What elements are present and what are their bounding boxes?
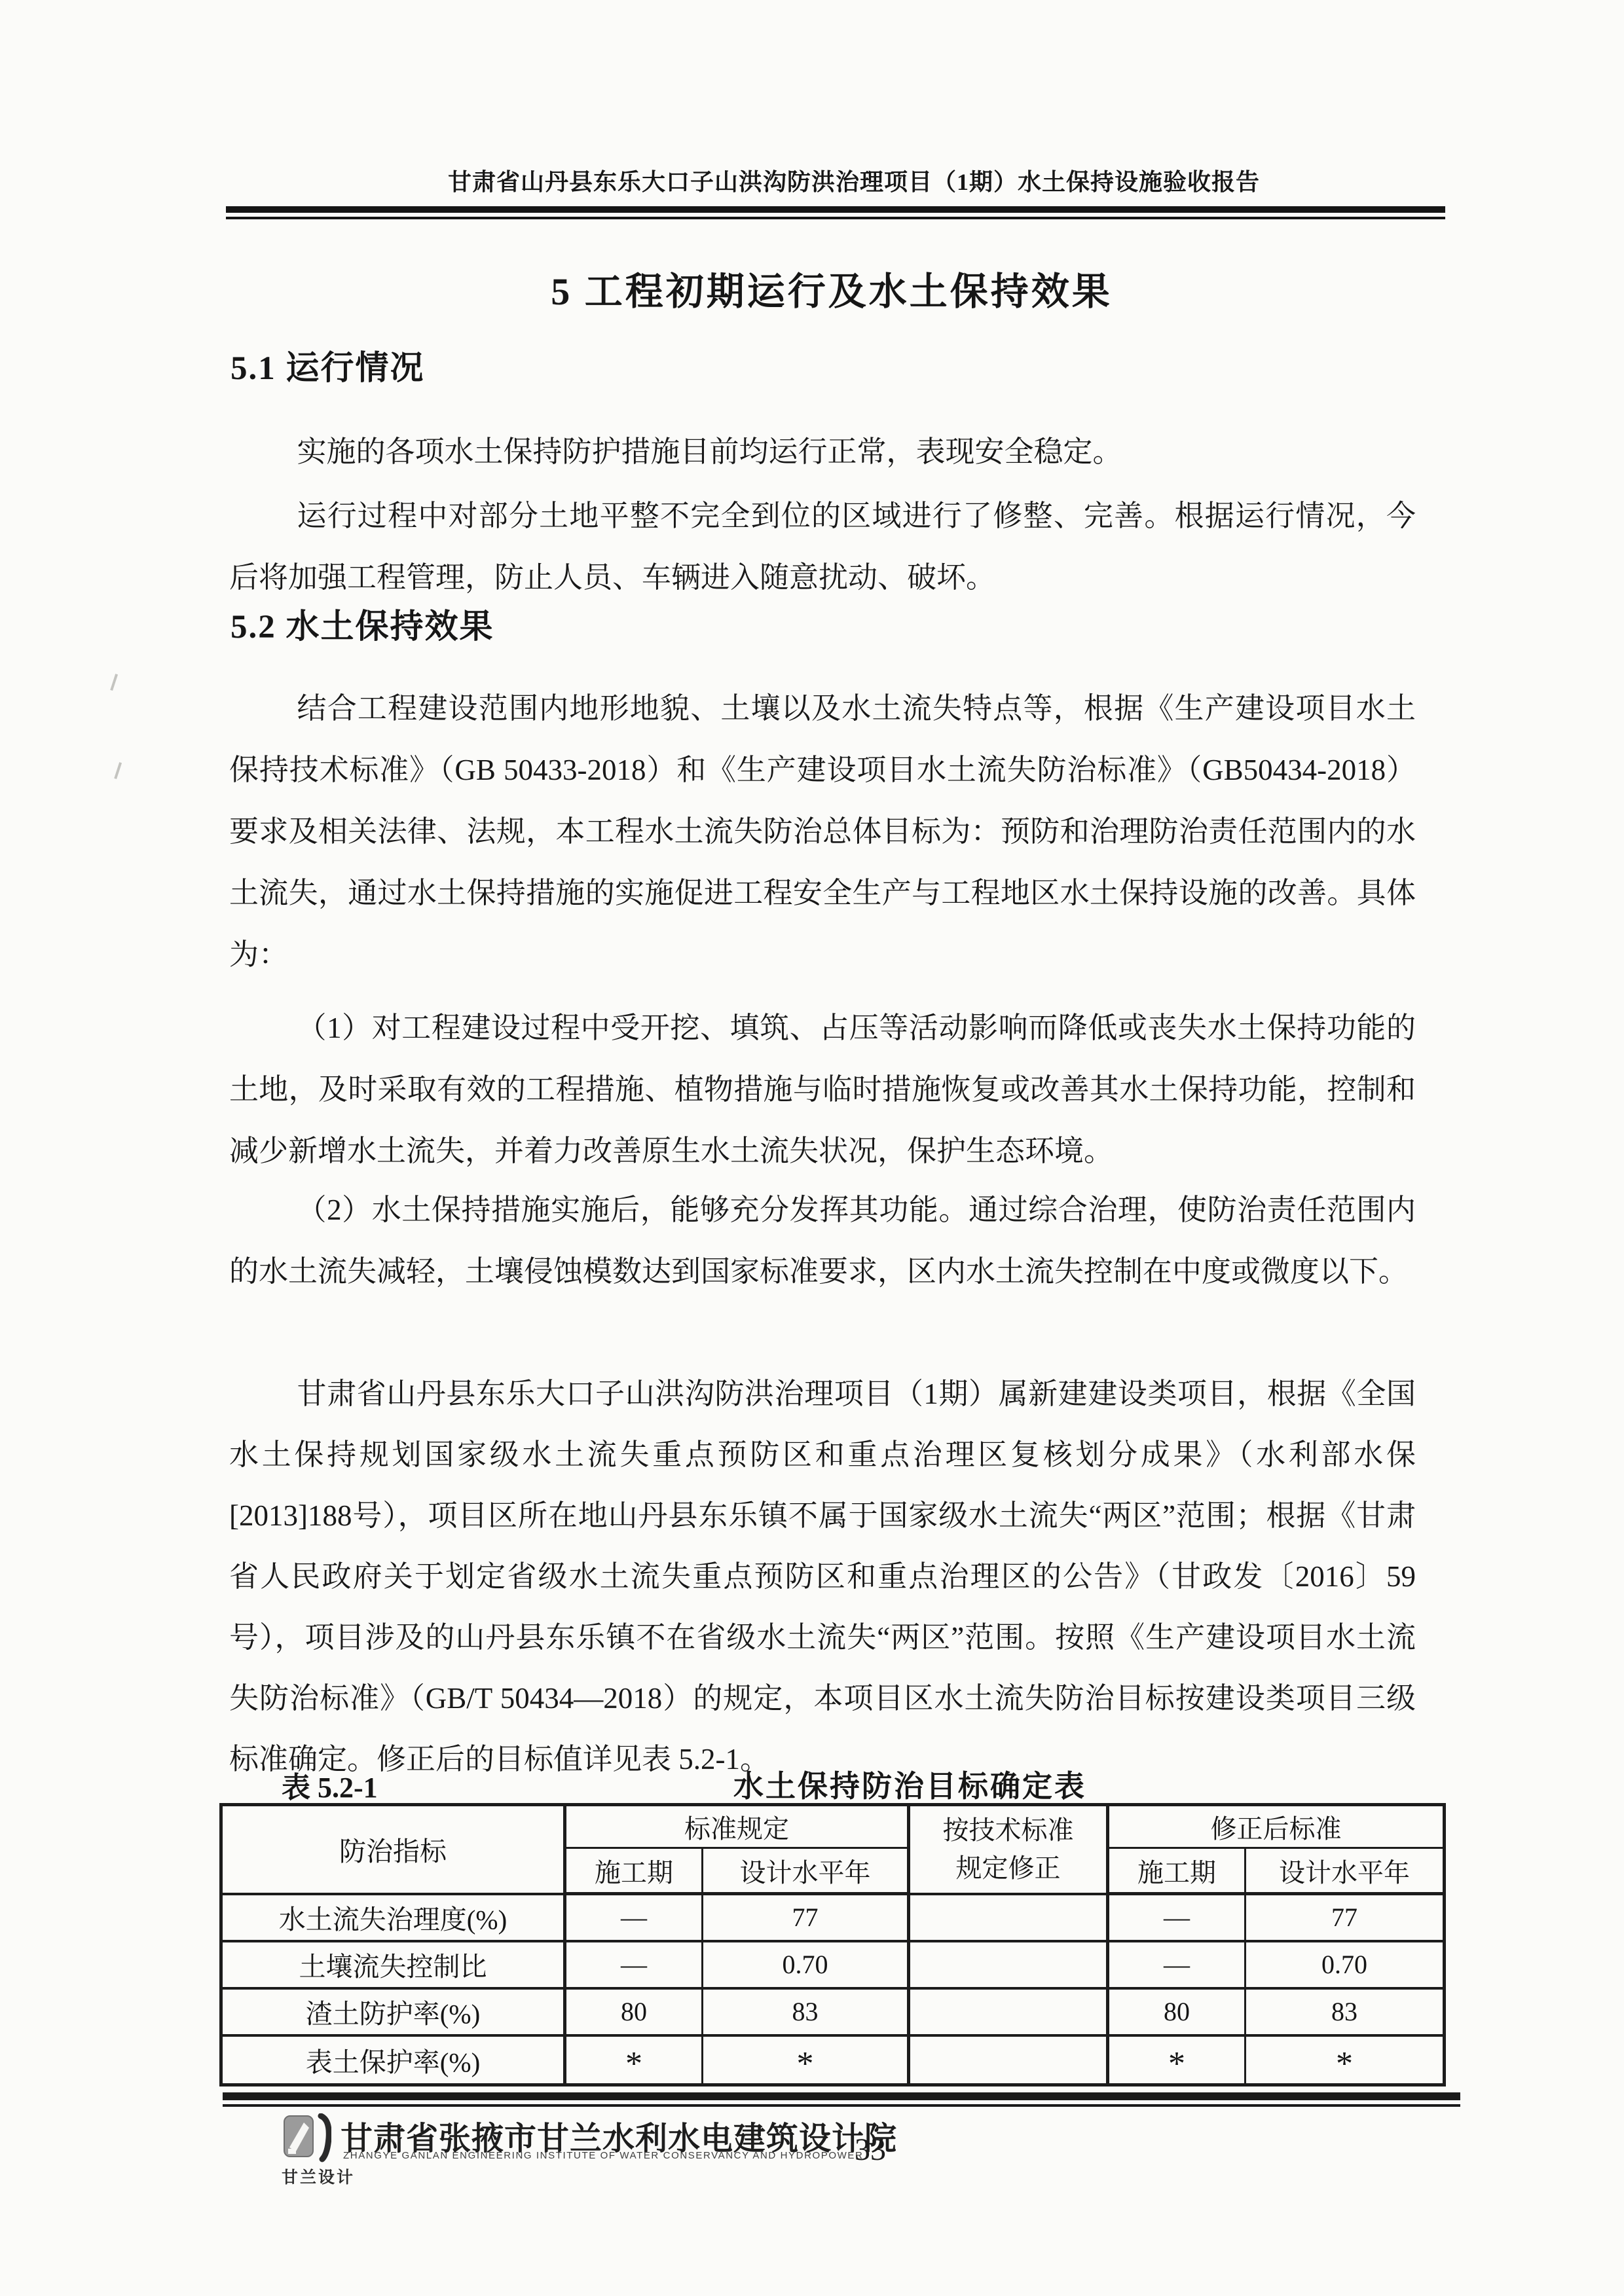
table-cell xyxy=(909,1894,1108,1941)
table-row: 渣土防护率(%) 80 83 80 83 xyxy=(221,1988,1445,2035)
table-header-tech-adjust-line2: 规定修正 xyxy=(910,1850,1106,1887)
table-cell: 83 xyxy=(1246,1988,1445,2035)
scan-artifact xyxy=(110,674,122,692)
table-header-standard-group: 标准规定 xyxy=(565,1805,909,1848)
header-rule-thick xyxy=(226,206,1445,213)
table-cell: — xyxy=(1108,1894,1246,1941)
footer-rule-thick xyxy=(223,2092,1460,2100)
table-cell-indicator: 表土保护率(%) xyxy=(221,2035,565,2085)
logo-caption: 甘兰设计 xyxy=(272,2164,364,2188)
table-cell: * xyxy=(565,2035,703,2085)
table-cell: — xyxy=(565,1894,703,1941)
table-cell: 77 xyxy=(703,1894,909,1941)
table-subheader-design-level-year: 设计水平年 xyxy=(1246,1848,1445,1894)
table-cell: * xyxy=(1246,2035,1445,2085)
table-cell: 80 xyxy=(1108,1988,1246,2035)
table-caption-label: 表 5.2-1 xyxy=(282,1764,378,1806)
table-cell xyxy=(909,2035,1108,2085)
header-rule-thin xyxy=(226,217,1445,219)
table-row: 土壤流失控制比 — 0.70 — 0.70 xyxy=(221,1941,1445,1988)
footer-rule-thin xyxy=(223,2104,1460,2107)
table-cell: 80 xyxy=(565,1988,703,2035)
section-5-2-paragraph: 结合工程建设范围内地形地貌、土壤以及水土流失特点等，根据《生产建设项目水土保持技… xyxy=(229,678,1416,985)
table-subheader-construction-period: 施工期 xyxy=(1108,1848,1246,1894)
table-cell-indicator: 土壤流失控制比 xyxy=(221,1941,565,1988)
table-header-tech-adjust-line1: 按技术标准 xyxy=(910,1812,1106,1850)
table-cell: * xyxy=(1108,2035,1246,2085)
section-5-2-paragraph: 甘肃省山丹县东乐大口子山洪沟防洪治理项目（1期）属新建建设类项目，根据《全国水土… xyxy=(229,1364,1416,1790)
page-number: 33 xyxy=(855,2132,886,2168)
institute-name-english: ZHANGYE GANLAN ENGINEERING INSTITUTE OF … xyxy=(343,2150,863,2161)
section-5-2-paragraph: （1）对工程建设过程中受开挖、填筑、占压等活动影响而降低或丧失水土保持功能的土地… xyxy=(229,997,1416,1182)
table-caption-title: 水土保持防治目标确定表 xyxy=(733,1762,1086,1806)
table-cell xyxy=(909,1988,1108,2035)
table-header-indicator: 防治指标 xyxy=(221,1805,565,1894)
running-head-title: 甘肃省山丹县东乐大口子山洪沟防洪治理项目（1期）水土保持设施验收报告 xyxy=(223,164,1446,197)
table-header-row: 防治指标 标准规定 按技术标准 规定修正 修正后标准 xyxy=(221,1805,1445,1848)
table-cell: 0.70 xyxy=(703,1941,909,1988)
section-5-1-paragraph: 实施的各项水土保持防护措施目前均运行正常，表现安全稳定。 xyxy=(229,421,1416,483)
table-cell: — xyxy=(1108,1941,1246,1988)
table-cell: 0.70 xyxy=(1246,1941,1445,1988)
section-5-1-paragraph: 运行过程中对部分土地平整不完全到位的区域进行了修整、完善。根据运行情况，今后将加… xyxy=(229,485,1416,608)
table-cell: — xyxy=(565,1941,703,1988)
chapter-title: 5 工程初期运行及水土保持效果 xyxy=(219,261,1444,316)
report-page: 甘肃省山丹县东乐大口子山洪沟防洪治理项目（1期）水土保持设施验收报告 5 工程初… xyxy=(0,0,1624,2296)
table-cell-indicator: 渣土防护率(%) xyxy=(221,1988,565,2035)
table-header-tech-adjust: 按技术标准 规定修正 xyxy=(909,1805,1108,1894)
table-subheader-construction-period: 施工期 xyxy=(565,1848,703,1894)
section-5-1-heading: 5.1 运行情况 xyxy=(231,340,425,389)
scan-artifact xyxy=(114,762,126,780)
section-5-2-heading: 5.2 水土保持效果 xyxy=(231,599,494,647)
table-row: 表土保护率(%) * * * * xyxy=(221,2035,1445,2085)
table-cell: 77 xyxy=(1246,1894,1445,1941)
prevention-goal-table: 防治指标 标准规定 按技术标准 规定修正 修正后标准 施工期 设计水平年 施工期… xyxy=(219,1803,1446,2086)
table-cell: * xyxy=(703,2035,909,2085)
table-row: 水土流失治理度(%) — 77 — 77 xyxy=(221,1894,1445,1941)
ganlan-design-logo-icon xyxy=(283,2113,331,2163)
table-cell xyxy=(909,1941,1108,1988)
table-subheader-design-level-year: 设计水平年 xyxy=(703,1848,909,1894)
section-5-2-paragraph: （2）水土保持措施实施后，能够充分发挥其功能。通过综合治理，使防治责任范围内的水… xyxy=(229,1179,1416,1302)
table-cell-indicator: 水土流失治理度(%) xyxy=(221,1894,565,1941)
table-cell: 83 xyxy=(703,1988,909,2035)
table-header-revised-group: 修正后标准 xyxy=(1108,1805,1445,1848)
